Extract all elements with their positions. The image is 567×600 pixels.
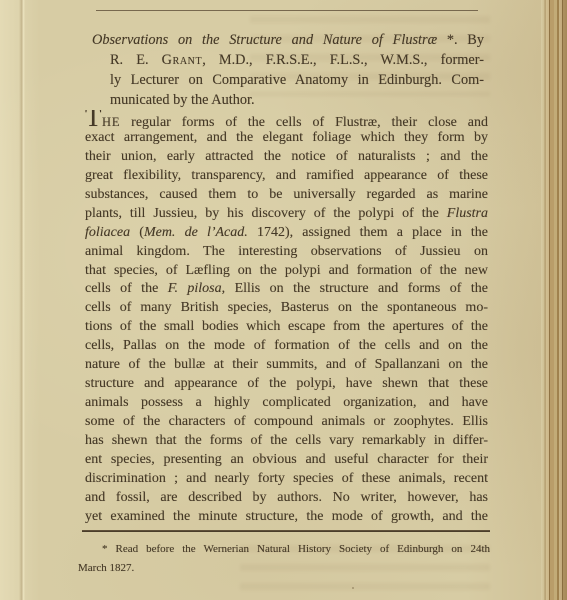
text-segment: ly Lecturer on Comparative Anatomy in Ed… <box>110 72 484 88</box>
article-title-block: Observations on the Structure and Nature… <box>92 30 484 110</box>
text-segment: foliacea <box>85 225 130 240</box>
text-segment: plants, till Jussieu, by his discovery o… <box>85 206 447 221</box>
scanned-paper-page: Observations on the Structure and Nature… <box>0 0 567 600</box>
text-segment: cells of many British species, Basterus … <box>85 300 488 315</box>
initial-capital: T <box>85 110 102 129</box>
text-line: * Read before the Wernerian Natural Hist… <box>78 540 490 559</box>
footnote: * Read before the Wernerian Natural Hist… <box>78 540 490 577</box>
footnote-rule <box>82 530 490 532</box>
text-segment: cells, Pallas on the mode of formation o… <box>85 338 488 353</box>
body-paragraph: THE regular forms of the cells of Flustr… <box>85 110 488 527</box>
text-segment: ( <box>130 225 144 240</box>
text-segment: has shewn that the forms of the cells va… <box>85 433 488 448</box>
page-crease <box>19 0 25 600</box>
text-line: animals possess a highly complicated org… <box>85 394 488 413</box>
text-segment: yet examined the minute structure, the m… <box>85 509 488 524</box>
text-segment: F. pilosa <box>168 281 222 296</box>
text-segment: Observations on the Structure and Nature… <box>92 32 437 48</box>
text-segment: R. E. <box>110 52 162 68</box>
text-line: municated by the Author. <box>92 90 484 110</box>
text-line: ly Lecturer on Comparative Anatomy in Ed… <box>92 70 484 90</box>
text-segment: , M.D., F.R.S.E., F.L.S., W.M.S., former… <box>202 52 484 68</box>
text-segment: animal kingdom. The interesting observat… <box>85 244 488 259</box>
text-segment: regular forms of the cells of Flustræ, t… <box>120 115 488 129</box>
text-segment: their union, early attracted the notice … <box>85 149 488 164</box>
text-segment: Grant <box>162 52 203 68</box>
text-line: that species, of Læfling on the polypi a… <box>85 262 488 281</box>
text-line: cells of the F. pilosa, Ellis on the str… <box>85 280 488 299</box>
text-segment: Mem. de l’Acad. <box>144 225 248 240</box>
header-rule <box>96 10 478 11</box>
text-segment: *. By <box>437 32 484 48</box>
text-segment: great flexibility, transparency, and ram… <box>85 168 488 183</box>
text-line: foliacea (Mem. de l’Acad. 1742), assigne… <box>85 224 488 243</box>
paper-speck <box>352 587 354 589</box>
text-line: cells, Pallas on the mode of formation o… <box>85 337 488 356</box>
text-segment: exact arrangement, and the elegant folia… <box>85 130 488 145</box>
text-segment: animals possess a highly complicated org… <box>85 395 488 410</box>
text-segment: tions of the small bodies which escape f… <box>85 319 488 334</box>
text-segment: and fossil, are described by authors. No… <box>85 490 488 505</box>
text-segment: discrimination ; and nearly forty specie… <box>85 471 488 486</box>
text-line: discrimination ; and nearly forty specie… <box>85 470 488 489</box>
text-line: cells of many British species, Basterus … <box>85 299 488 318</box>
text-line: has shewn that the forms of the cells va… <box>85 432 488 451</box>
text-line: R. E. Grant, M.D., F.R.S.E., F.L.S., W.M… <box>92 50 484 70</box>
text-line: plants, till Jussieu, by his discovery o… <box>85 205 488 224</box>
text-segment: ent species, presenting an obvious and u… <box>85 452 488 467</box>
text-line: nature of the bullæ at their summits, an… <box>85 356 488 375</box>
text-line: ent species, presenting an obvious and u… <box>85 451 488 470</box>
text-line: their union, early attracted the notice … <box>85 148 488 167</box>
text-line: yet examined the minute structure, the m… <box>85 508 488 527</box>
text-line: animal kingdom. The interesting observat… <box>85 243 488 262</box>
text-line: March 1827. <box>78 559 490 578</box>
text-segment: Flustra <box>447 206 488 221</box>
text-segment: * Read before the Wernerian Natural Hist… <box>102 543 490 555</box>
text-line: tions of the small bodies which escape f… <box>85 318 488 337</box>
text-segment: , Ellis on the structure and forms of th… <box>222 281 488 296</box>
text-segment: structure and appearance of the polypi, … <box>85 376 488 391</box>
text-segment: HE <box>102 115 120 129</box>
text-segment: some of the characters of compound anima… <box>85 414 488 429</box>
text-segment: that species, of Læfling on the polypi a… <box>85 263 488 278</box>
text-segment: 1742), assigned them a place in the <box>248 225 488 240</box>
text-segment: nature of the bullæ at their summits, an… <box>85 357 488 372</box>
text-segment: cells of the <box>85 281 168 296</box>
text-line: and fossil, are described by authors. No… <box>85 489 488 508</box>
text-line: exact arrangement, and the elegant folia… <box>85 129 488 148</box>
text-line: substances, caused them to be universall… <box>85 186 488 205</box>
text-segment: substances, caused them to be universall… <box>85 187 488 202</box>
text-segment: municated by the Author. <box>110 92 255 108</box>
text-segment: March 1827. <box>78 562 134 574</box>
book-fore-edge <box>541 0 567 600</box>
text-line: structure and appearance of the polypi, … <box>85 375 488 394</box>
text-line: great flexibility, transparency, and ram… <box>85 167 488 186</box>
text-line: Observations on the Structure and Nature… <box>92 30 484 50</box>
text-line: some of the characters of compound anima… <box>85 413 488 432</box>
text-line: THE regular forms of the cells of Flustr… <box>85 110 488 129</box>
